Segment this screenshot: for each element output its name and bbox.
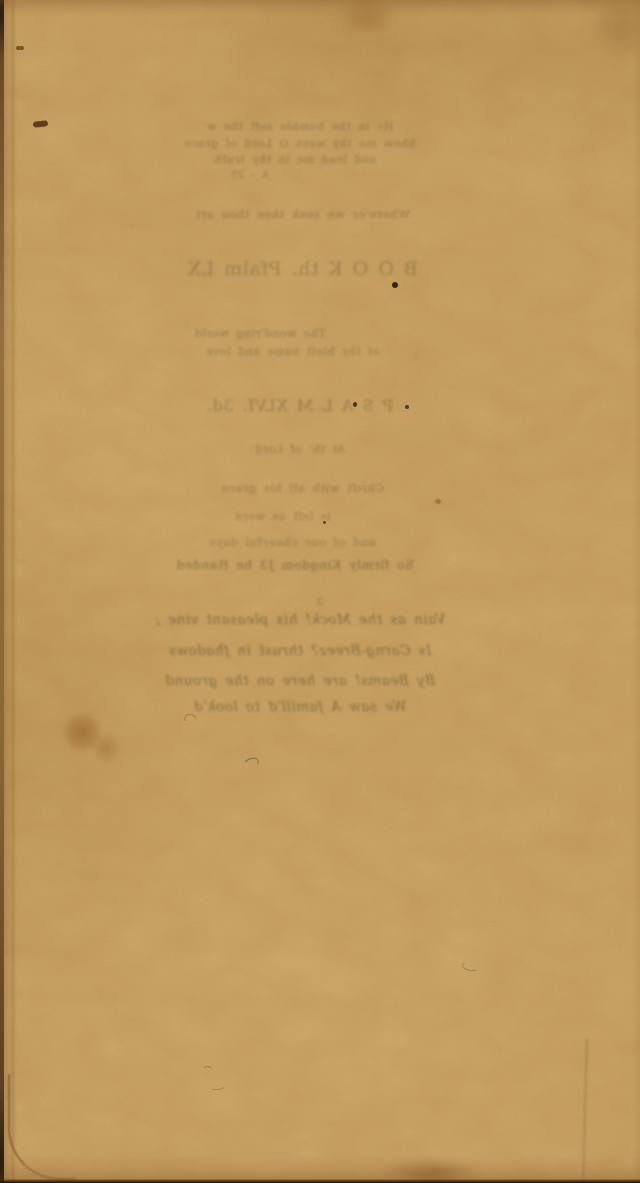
bleedthrough-heading: P S A L M XLVI. 3d. — [165, 396, 435, 415]
bleedthrough-line: Where'er we seek thee thou art — [190, 207, 415, 221]
paper-fiber-texture — [0, 0, 640, 1183]
bleedthrough-verse-line: We saw A famill'd to look'd — [145, 699, 455, 715]
bottom-scan-edge — [0, 1179, 640, 1183]
top-edge-shading — [0, 0, 640, 16]
bleedthrough-mark: 3 — [300, 595, 340, 608]
bleedthrough-line: A - 25 — [190, 170, 310, 181]
bleedthrough-line: Shew me thy ways O Lord of grace — [150, 137, 450, 150]
bleedthrough-line: is left us word — [210, 510, 355, 523]
paper-mottle-texture — [0, 0, 640, 1183]
bleedthrough-verse-line: By Beams! are here on the ground — [135, 673, 465, 689]
bleedthrough-line: At th' of Lord — [235, 443, 365, 456]
scanned-book-page: He in the humble soft the w Shew me thy … — [0, 0, 640, 1183]
left-scan-edge — [0, 0, 4, 1183]
brown-stain — [48, 696, 126, 776]
fiber-ring — [202, 1066, 213, 1076]
left-edge-crease — [12, 0, 14, 1183]
ink-dot — [405, 405, 409, 409]
fiber-squiggle — [210, 1081, 227, 1091]
ink-dot — [392, 282, 398, 288]
bleedthrough-line: He in the humble soft the w — [180, 120, 420, 133]
bleedthrough-line: The wond'ring world — [170, 327, 350, 340]
ink-dot — [323, 521, 326, 524]
bleedthrough-line: and of our cheerful days — [180, 535, 405, 549]
fiber-curl — [243, 756, 260, 770]
bleedthrough-verse-line: Vain as the Mock! his pleasant vine ; — [105, 612, 495, 628]
bleedthrough-verse-line: Is Carng-Breez? thrust in fhadows — [125, 643, 475, 659]
bleedthrough-text-layer: He in the humble soft the w Shew me thy … — [0, 0, 640, 1183]
right-edge-shading — [632, 0, 640, 1183]
bleedthrough-heading: B O O K th. Pfalm LX — [180, 258, 425, 280]
bleedthrough-line: of thy bleft name and love — [180, 345, 405, 358]
rust-speck — [435, 499, 441, 504]
dark-fleck — [33, 120, 49, 128]
fiber-curl — [182, 712, 198, 727]
bleedthrough-line: Chrift with all his grace — [205, 481, 400, 495]
bleedthrough-line: So firmly Kingdom J3 he ftanded — [115, 557, 475, 572]
bleedthrough-line: and lead me in thy truth — [165, 153, 425, 166]
fiber-curl — [461, 961, 479, 973]
ink-dot — [353, 402, 357, 407]
paper-grain-texture — [0, 0, 640, 1183]
